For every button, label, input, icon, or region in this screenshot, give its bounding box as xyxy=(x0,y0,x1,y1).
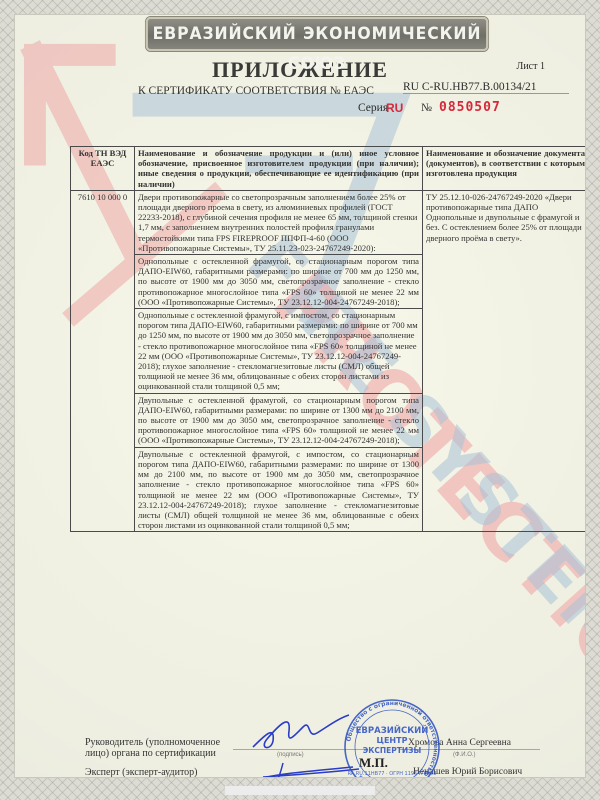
head-name-caption: (Ф.И.О.) xyxy=(453,752,476,758)
product-variant: Однопольные с остекленной фрамугой, со с… xyxy=(135,255,423,309)
expert-label: Эксперт (эксперт-аудитор) (эксперты (экс… xyxy=(85,767,222,778)
sheet-number: Лист 1 xyxy=(517,61,545,72)
product-variant: Двупольные с остекленной фрамугой, со ст… xyxy=(135,393,423,447)
eaeu-banner: ЕВРАЗИЙСКИЙ ЭКОНОМИЧЕСКИЙ СОЮЗ xyxy=(146,17,488,51)
blank-number-value: 0850507 xyxy=(439,100,501,115)
svg-text:ЕВРАЗИЙСКИЙ: ЕВРАЗИЙСКИЙ xyxy=(356,724,429,736)
products-table: Код ТН ВЭД ЕАЭС Наименование и обозначен… xyxy=(70,146,586,532)
series-value: RU xyxy=(386,101,403,115)
svg-text:RA.RU.11НВ77 · ОГРН 1195476008: RA.RU.11НВ77 · ОГРН 1195476008 xyxy=(348,771,437,777)
table-row: 7610 10 000 0 Двери противопожарные со с… xyxy=(71,190,587,254)
svg-text:ЭКСПЕРТИЗЫ: ЭКСПЕРТИЗЫ xyxy=(363,746,422,755)
series-label: Серия xyxy=(358,102,388,114)
product-description: Двери противопожарные со светопрозрачным… xyxy=(135,190,423,254)
svg-text:ЦЕНТР: ЦЕНТР xyxy=(377,736,408,745)
printer-imprint xyxy=(225,786,375,795)
document-cell: ТУ 25.12.10-026-24767249-2020 «Двери про… xyxy=(423,190,587,532)
table-header-row: Код ТН ВЭД ЕАЭС Наименование и обозначен… xyxy=(71,147,587,191)
product-variant: Однопольные с остекленной фрамугой, с им… xyxy=(135,309,423,394)
product-variant: Двупольные с остекленной фрамугой, с имп… xyxy=(135,447,423,532)
certificate-subtitle: К СЕРТИФИКАТУ СООТВЕТСТВИЯ № ЕАЭС xyxy=(138,85,374,97)
certificate-number: RU C-RU.НВ77.В.00134/21 xyxy=(403,81,569,94)
certification-seal-stamp: Общество с ограниченной ответственностью… xyxy=(342,697,442,778)
header-hs-code: Код ТН ВЭД ЕАЭС xyxy=(71,147,135,191)
head-label: Руководитель (уполномоченное лицо) орган… xyxy=(85,737,220,759)
hs-code-cell: 7610 10 000 0 xyxy=(71,190,135,532)
header-document: Наименование и обозначение документа (до… xyxy=(423,147,587,191)
blank-number-label: № xyxy=(421,102,432,114)
certificate-page: PROTECTION FIRE SYSTEMS ПРИЛОЖЕНИЕ Лист … xyxy=(14,14,586,778)
header-product-name: Наименование и обозначение продукции и (… xyxy=(135,147,423,191)
